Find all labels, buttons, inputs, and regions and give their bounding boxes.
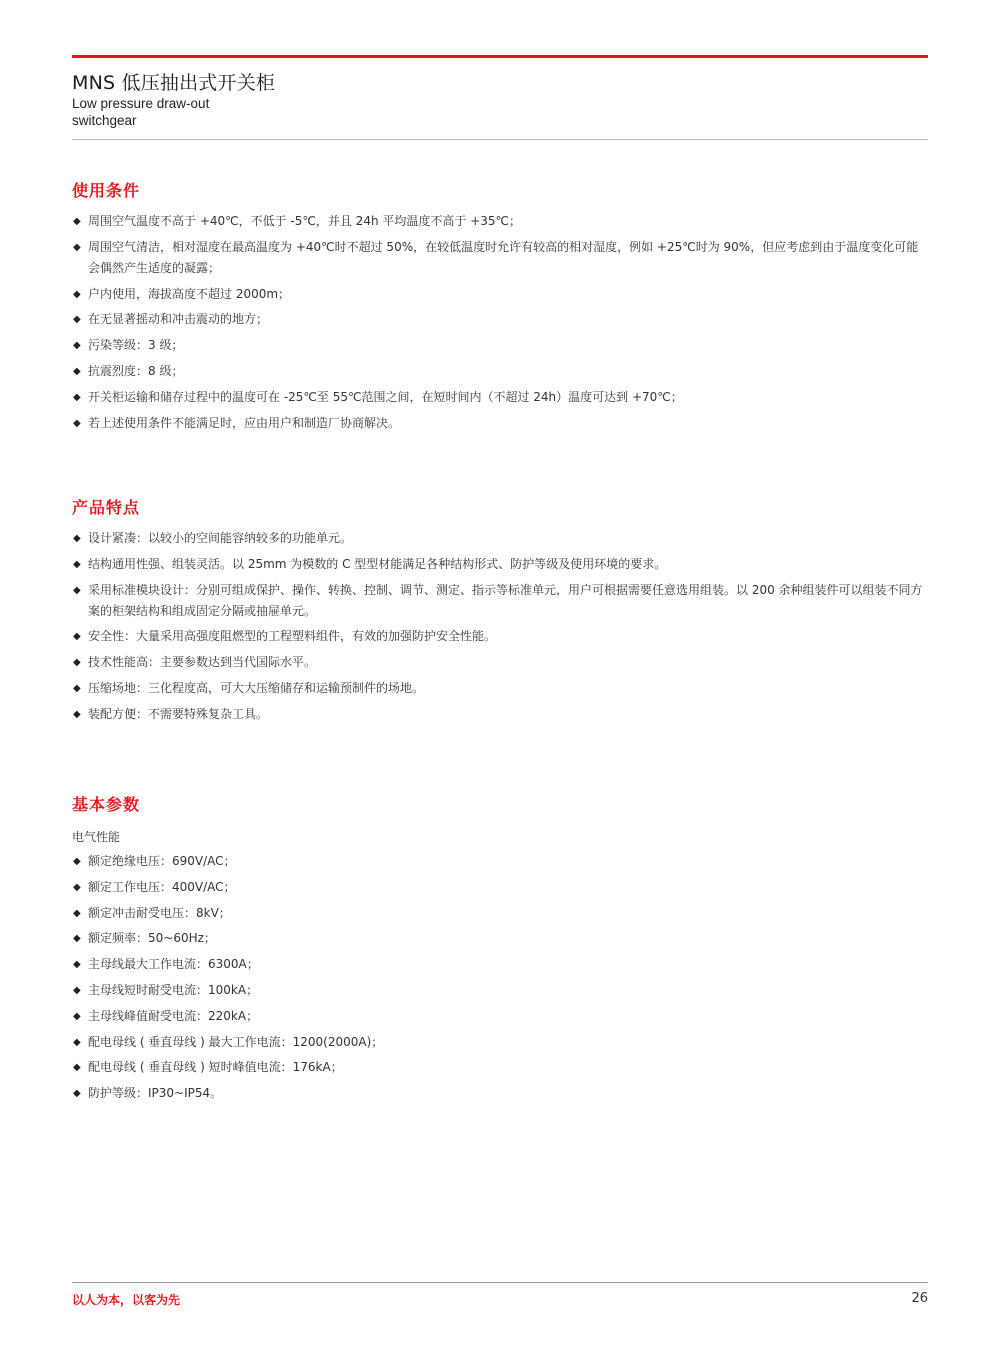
subtitle-line-2: switchgear bbox=[72, 112, 209, 129]
list-item: ◆主母线最大工作电流：6300A； bbox=[72, 954, 928, 975]
diamond-bullet-icon: ◆ bbox=[73, 528, 81, 549]
list-item: ◆采用标准模块设计：分别可组成保护、操作、转换、控制、调节、测定、指示等标准单元… bbox=[72, 580, 928, 622]
diamond-bullet-icon: ◆ bbox=[73, 237, 81, 258]
diamond-bullet-icon: ◆ bbox=[73, 1083, 81, 1104]
diamond-bullet-icon: ◆ bbox=[73, 877, 81, 898]
diamond-bullet-icon: ◆ bbox=[73, 928, 81, 949]
diamond-bullet-icon: ◆ bbox=[73, 284, 81, 305]
list-item: ◆额定冲击耐受电压：8kV； bbox=[72, 903, 928, 924]
diamond-bullet-icon: ◆ bbox=[73, 1032, 81, 1053]
diamond-bullet-icon: ◆ bbox=[73, 704, 81, 725]
list-item: ◆设计紧凑：以较小的空间能容纳较多的功能单元。 bbox=[72, 528, 928, 549]
diamond-bullet-icon: ◆ bbox=[73, 387, 81, 408]
list-item: ◆技术性能高：主要参数达到当代国际水平。 bbox=[72, 652, 928, 673]
basic-parameters-list: ◆额定绝缘电压：690V/AC； ◆额定工作电压：400V/AC； ◆额定冲击耐… bbox=[72, 851, 928, 1109]
diamond-bullet-icon: ◆ bbox=[73, 580, 81, 601]
section-title-basic-parameters: 基本参数 bbox=[72, 792, 140, 815]
diamond-bullet-icon: ◆ bbox=[73, 413, 81, 434]
subheading-electrical-performance: 电气性能 bbox=[72, 828, 120, 845]
diamond-bullet-icon: ◆ bbox=[73, 554, 81, 575]
list-item: ◆额定工作电压：400V/AC； bbox=[72, 877, 928, 898]
list-item: ◆开关柜运输和储存过程中的温度可在 -25℃至 55℃范围之间，在短时间内（不超… bbox=[72, 387, 928, 408]
list-item: ◆额定绝缘电压：690V/AC； bbox=[72, 851, 928, 872]
diamond-bullet-icon: ◆ bbox=[73, 1057, 81, 1078]
diamond-bullet-icon: ◆ bbox=[73, 626, 81, 647]
list-item: ◆额定频率：50~60Hz； bbox=[72, 928, 928, 949]
list-item: ◆户内使用，海拔高度不超过 2000m； bbox=[72, 284, 928, 305]
list-item: ◆配电母线 ( 垂直母线 ) 最大工作电流：1200(2000A)； bbox=[72, 1032, 928, 1053]
subtitle-line-1: Low pressure draw-out bbox=[72, 95, 209, 112]
top-accent-rule bbox=[72, 55, 928, 58]
list-item: ◆在无显著摇动和冲击震动的地方； bbox=[72, 309, 928, 330]
diamond-bullet-icon: ◆ bbox=[73, 211, 81, 232]
list-item: ◆周围空气温度不高于 +40℃，不低于 -5℃，并且 24h 平均温度不高于 +… bbox=[72, 211, 928, 232]
diamond-bullet-icon: ◆ bbox=[73, 361, 81, 382]
list-item: ◆压缩场地：三化程度高，可大大压缩储存和运输预制件的场地。 bbox=[72, 678, 928, 699]
list-item: ◆抗震烈度：8 级； bbox=[72, 361, 928, 382]
header-divider bbox=[72, 139, 928, 140]
diamond-bullet-icon: ◆ bbox=[73, 652, 81, 673]
document-page: MNS 低压抽出式开关柜 Low pressure draw-out switc… bbox=[72, 0, 928, 1356]
page-title: MNS 低压抽出式开关柜 bbox=[72, 68, 275, 95]
section-title-product-features: 产品特点 bbox=[72, 495, 140, 518]
list-item: ◆主母线峰值耐受电流：220kA； bbox=[72, 1006, 928, 1027]
list-item: ◆安全性：大量采用高强度阻燃型的工程塑料组件，有效的加强防护安全性能。 bbox=[72, 626, 928, 647]
diamond-bullet-icon: ◆ bbox=[73, 851, 81, 872]
diamond-bullet-icon: ◆ bbox=[73, 1006, 81, 1027]
page-subtitle: Low pressure draw-out switchgear bbox=[72, 95, 209, 129]
usage-conditions-list: ◆周围空气温度不高于 +40℃，不低于 -5℃，并且 24h 平均温度不高于 +… bbox=[72, 211, 928, 438]
list-item: ◆配电母线 ( 垂直母线 ) 短时峰值电流：176kA； bbox=[72, 1057, 928, 1078]
section-title-usage-conditions: 使用条件 bbox=[72, 178, 140, 201]
diamond-bullet-icon: ◆ bbox=[73, 903, 81, 924]
list-item: ◆结构通用性强、组装灵活。以 25mm 为模数的 C 型型材能满足各种结构形式、… bbox=[72, 554, 928, 575]
diamond-bullet-icon: ◆ bbox=[73, 678, 81, 699]
list-item: ◆装配方便：不需要特殊复杂工具。 bbox=[72, 704, 928, 725]
diamond-bullet-icon: ◆ bbox=[73, 335, 81, 356]
list-item: ◆污染等级：3 级； bbox=[72, 335, 928, 356]
diamond-bullet-icon: ◆ bbox=[73, 309, 81, 330]
product-features-list: ◆设计紧凑：以较小的空间能容纳较多的功能单元。 ◆结构通用性强、组装灵活。以 2… bbox=[72, 528, 928, 730]
list-item: ◆若上述使用条件不能满足时，应由用户和制造厂协商解决。 bbox=[72, 413, 928, 434]
list-item: ◆主母线短时耐受电流：100kA； bbox=[72, 980, 928, 1001]
list-item: ◆防护等级：IP30~IP54。 bbox=[72, 1083, 928, 1104]
page-number: 26 bbox=[911, 1291, 928, 1306]
diamond-bullet-icon: ◆ bbox=[73, 980, 81, 1001]
list-item: ◆周围空气清洁，相对湿度在最高温度为 +40℃时不超过 50%，在较低温度时允许… bbox=[72, 237, 928, 279]
footer-divider bbox=[72, 1282, 928, 1283]
diamond-bullet-icon: ◆ bbox=[73, 954, 81, 975]
footer-slogan: 以人为本，以客为先 bbox=[72, 1291, 180, 1308]
